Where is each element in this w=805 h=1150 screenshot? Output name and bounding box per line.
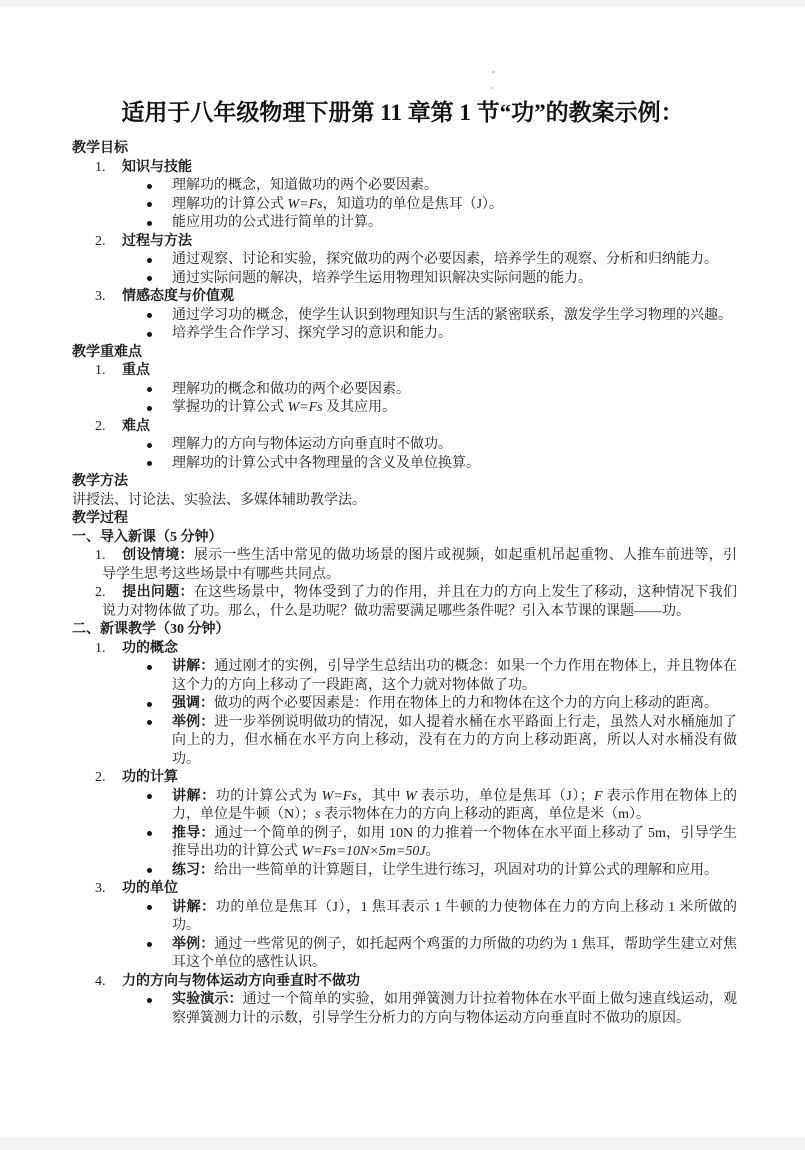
bullet-item: 通过学习功的概念，使学生认识到物理知识与生活的紧密联系，激发学生学习物理的兴趣。 [72,307,737,326]
text-segment: 理解功的计算公式 [172,197,288,212]
bullet-dot-icon [147,702,152,707]
bullet-dot-icon [147,276,152,281]
text-segment: W=Fs=10N×5m=50J [302,844,426,859]
item-number: 2. [95,584,122,603]
bullet-item: 讲解：功的单位是焦耳（J），1 焦耳表示 1 牛顿的力使物体在力的方向上移动 1… [72,899,737,936]
subsection-heading: 二、新课教学（30 分钟） [72,621,737,640]
text-segment: W=Fs [288,197,323,212]
item-number: 3. [95,880,122,899]
bullet-item: 强调：做功的两个必要因素是：作用在物体上的力和物体在这个力的方向上移动的距离。 [72,695,737,714]
subsection-heading: 一、导入新课（5 分钟） [72,529,737,548]
text-segment: 力的方向与物体运动方向垂直时不做功 [122,974,360,989]
bullet-dot-icon [147,202,152,207]
bullet-item: 掌握功的计算公式 W=Fs 及其应用。 [72,399,737,418]
text-segment: 通过学习功的概念，使学生认识到物理知识与生活的紧密联系，激发学生学习物理的兴趣。 [172,308,732,323]
text-segment: 通过刚才的实例，引导学生总结出功的概念：如果一个力作用在物体上，并且物体在这个力… [172,659,737,693]
text-segment: 理解力的方向与物体运动方向垂直时不做功。 [172,437,452,452]
text-segment: 通过一些常见的例子，如托起两个鸡蛋的力所做的功约为 1 焦耳，帮助学生建立对焦耳… [172,937,737,971]
text-segment: 通过观察、讨论和实验，探究做功的两个必要因素，培养学生的观察、分析和归纳能力。 [172,252,718,267]
numbered-item: 1.功的概念 [72,640,737,659]
scan-speck [491,87,493,89]
scanned-lesson-plan-page: { "colors": { "text": "#1d1d1d", "page_b… [0,0,805,1150]
text-segment: 通过一个简单的实验，如用弹簧测力计拉着物体在水平面上做匀速直线运动，观察弹簧测力… [172,992,737,1026]
text-segment: 情感态度与价值观 [122,289,234,304]
bullet-dot-icon [147,406,152,411]
text-segment: 培养学生合作学习、探究学习的意识和能力。 [172,326,452,341]
numbered-item: 2.过程与方法 [72,233,737,252]
item-number: 1. [95,159,122,178]
bullet-item: 理解力的方向与物体运动方向垂直时不做功。 [72,436,737,455]
text-segment: 知识与技能 [122,160,192,175]
item-number: 1. [95,640,122,659]
bullet-dot-icon [147,794,152,799]
numbered-item: 3.功的单位 [72,880,737,899]
text-segment: 能应用功的公式进行简单的计算。 [172,215,382,230]
text-segment: 功的概念 [122,641,178,656]
text-segment: 提出问题： [122,585,194,600]
text-segment: 练习： [172,863,214,878]
bullet-dot-icon [147,905,152,910]
text-segment: 举例： [172,715,214,730]
bullet-dot-icon [147,313,152,318]
bullet-item: 举例：进一步举例说明做功的情况，如人提着水桶在水平路面上行走，虽然人对水桶施加了… [72,714,737,770]
numbered-item: 3.情感态度与价值观 [72,288,737,307]
bullet-dot-icon [147,665,152,670]
section-heading: 教学过程 [72,510,737,529]
page-edge-bottom [0,1137,805,1150]
item-number: 2. [95,418,122,437]
text-segment: W=Fs [322,789,357,804]
bullet-dot-icon [147,831,152,836]
bullet-dot-icon [147,942,152,947]
bullet-dot-icon [147,868,152,873]
item-number: 1. [95,362,122,381]
bullet-dot-icon [147,720,152,725]
bullet-item: 理解功的计算公式中各物理量的含义及单位换算。 [72,455,737,474]
text-segment: 理解功的概念，知道做功的两个必要因素。 [172,178,438,193]
text-segment: 掌握功的计算公式 [172,400,288,415]
bullet-dot-icon [147,221,152,226]
text-segment: 在这些场景中，物体受到了力的作用，并且在力的方向上发生了移动，这种情况下我们说力… [102,585,737,619]
bullet-item: 推导：通过一个简单的例子，如用 10N 的力推着一个物体在水平面上移动了 5m，… [72,825,737,862]
text-segment: 功的单位 [122,881,178,896]
numbered-item: 2.提出问题：在这些场景中，物体受到了力的作用，并且在力的方向上发生了移动，这种… [72,584,737,621]
text-segment: 二、新课教学（30 分钟） [72,622,230,637]
text-segment: 讲解： [172,789,216,804]
text-segment: ，其中 [357,789,405,804]
text-segment: 一、导入新课（5 分钟） [72,530,223,545]
text-segment: 实验演示： [172,992,243,1007]
text-segment: 理解功的概念和做功的两个必要因素。 [172,382,410,397]
text-segment: 做功的两个必要因素是：作用在物体上的力和物体在这个力的方向上移动的距离。 [214,696,718,711]
numbered-item: 1.知识与技能 [72,159,737,178]
scan-speck [492,71,495,73]
numbered-item: 2.功的计算 [72,769,737,788]
text-segment: 表示功，单位是焦耳（J）； [417,789,594,804]
section-heading: 教学方法 [72,473,737,492]
numbered-item: 4.力的方向与物体运动方向垂直时不做功 [72,973,737,992]
text-segment: 通过实际问题的解决，培养学生运用物理知识解决实际问题的能力。 [172,271,592,286]
lesson-plan-document: 教学目标1.知识与技能理解功的概念，知道做功的两个必要因素。理解功的计算公式 W… [0,140,805,1028]
text-segment: 进一步举例说明做功的情况，如人提着水桶在水平路面上行走，虽然人对水桶施加了向上的… [172,715,737,767]
text-segment: 创设情境： [122,548,194,563]
text-segment: 功的计算公式为 [216,789,322,804]
item-number: 1. [95,547,122,566]
text-segment: 功的计算 [122,770,178,785]
paragraph: 讲授法、讨论法、实验法、多媒体辅助教学法。 [72,492,737,511]
item-number: 4. [95,973,122,992]
text-segment: W [405,789,417,804]
text-segment: 讲解： [172,659,214,674]
numbered-item: 1.创设情境：展示一些生活中常见的做功场景的图片或视频，如起重机吊起重物、人推车… [72,547,737,584]
item-number: 2. [95,769,122,788]
bullet-dot-icon [147,332,152,337]
text-segment: 通过一个简单的例子，如用 10N 的力推着一个物体在水平面上移动了 5m，引导学… [172,826,737,860]
text-segment: 教学重难点 [72,345,142,360]
text-segment: 及其应用。 [323,400,397,415]
bullet-dot-icon [147,258,152,263]
bullet-item: 培养学生合作学习、探究学习的意识和能力。 [72,325,737,344]
section-heading: 教学重难点 [72,344,737,363]
bullet-item: 理解功的概念和做功的两个必要因素。 [72,381,737,400]
text-segment: 表示物体在力的方向上移动的距离，单位是米（m）。 [321,807,650,822]
bullet-dot-icon [147,387,152,392]
text-segment: F [594,789,603,804]
text-segment: 强调： [172,696,214,711]
page-edge-top [0,0,805,7]
text-segment: 讲解： [172,900,216,915]
text-segment: 难点 [122,419,150,434]
bullet-item: 理解功的计算公式 W=Fs，知道功的单位是焦耳（J）。 [72,196,737,215]
text-segment: W=Fs [288,400,323,415]
numbered-item: 2.难点 [72,418,737,437]
bullet-item: 通过实际问题的解决，培养学生运用物理知识解决实际问题的能力。 [72,270,737,289]
bullet-item: 实验演示：通过一个简单的实验，如用弹簧测力计拉着物体在水平面上做匀速直线运动，观… [72,991,737,1028]
bullet-item: 理解功的概念，知道做功的两个必要因素。 [72,177,737,196]
bullet-item: 讲解：通过刚才的实例，引导学生总结出功的概念：如果一个力作用在物体上，并且物体在… [72,658,737,695]
item-number: 3. [95,288,122,307]
text-segment: 重点 [122,363,150,378]
item-number: 2. [95,233,122,252]
bullet-dot-icon [147,184,152,189]
text-segment: 功的单位是焦耳（J），1 焦耳表示 1 牛顿的力使物体在力的方向上移动 1 米所… [172,900,737,934]
text-segment: 过程与方法 [122,234,192,249]
text-segment: 举例： [172,937,214,952]
section-heading: 教学目标 [72,140,737,159]
text-segment: 教学目标 [72,141,128,156]
bullet-item: 能应用功的公式进行简单的计算。 [72,214,737,233]
text-segment: 给出一些简单的计算题目，让学生进行练习，巩固对功的计算公式的理解和应用。 [214,863,718,878]
bullet-dot-icon [147,443,152,448]
text-segment: ，知道功的单位是焦耳（J）。 [323,197,503,212]
text-segment: 理解功的计算公式中各物理量的含义及单位换算。 [172,456,480,471]
text-segment: 教学过程 [72,511,128,526]
document-title: 适用于八年级物理下册第 11 章第 1 节“功”的教案示例： [40,97,765,128]
text-segment: 教学方法 [72,474,128,489]
numbered-item: 1.重点 [72,362,737,381]
bullet-item: 通过观察、讨论和实验，探究做功的两个必要因素，培养学生的观察、分析和归纳能力。 [72,251,737,270]
bullet-item: 练习：给出一些简单的计算题目，让学生进行练习，巩固对功的计算公式的理解和应用。 [72,862,737,881]
text-segment: 推导： [172,826,215,841]
text-segment: 讲授法、讨论法、实验法、多媒体辅助教学法。 [72,493,366,508]
bullet-dot-icon [147,461,152,466]
bullet-item: 举例：通过一些常见的例子，如托起两个鸡蛋的力所做的功约为 1 焦耳，帮助学生建立… [72,936,737,973]
text-segment: 展示一些生活中常见的做功场景的图片或视频，如起重机吊起重物、人推车前进等，引导学… [102,548,737,582]
text-segment: 。 [426,844,440,859]
bullet-item: 讲解：功的计算公式为 W=Fs，其中 W 表示功，单位是焦耳（J）；F 表示作用… [72,788,737,825]
bullet-dot-icon [147,998,152,1003]
